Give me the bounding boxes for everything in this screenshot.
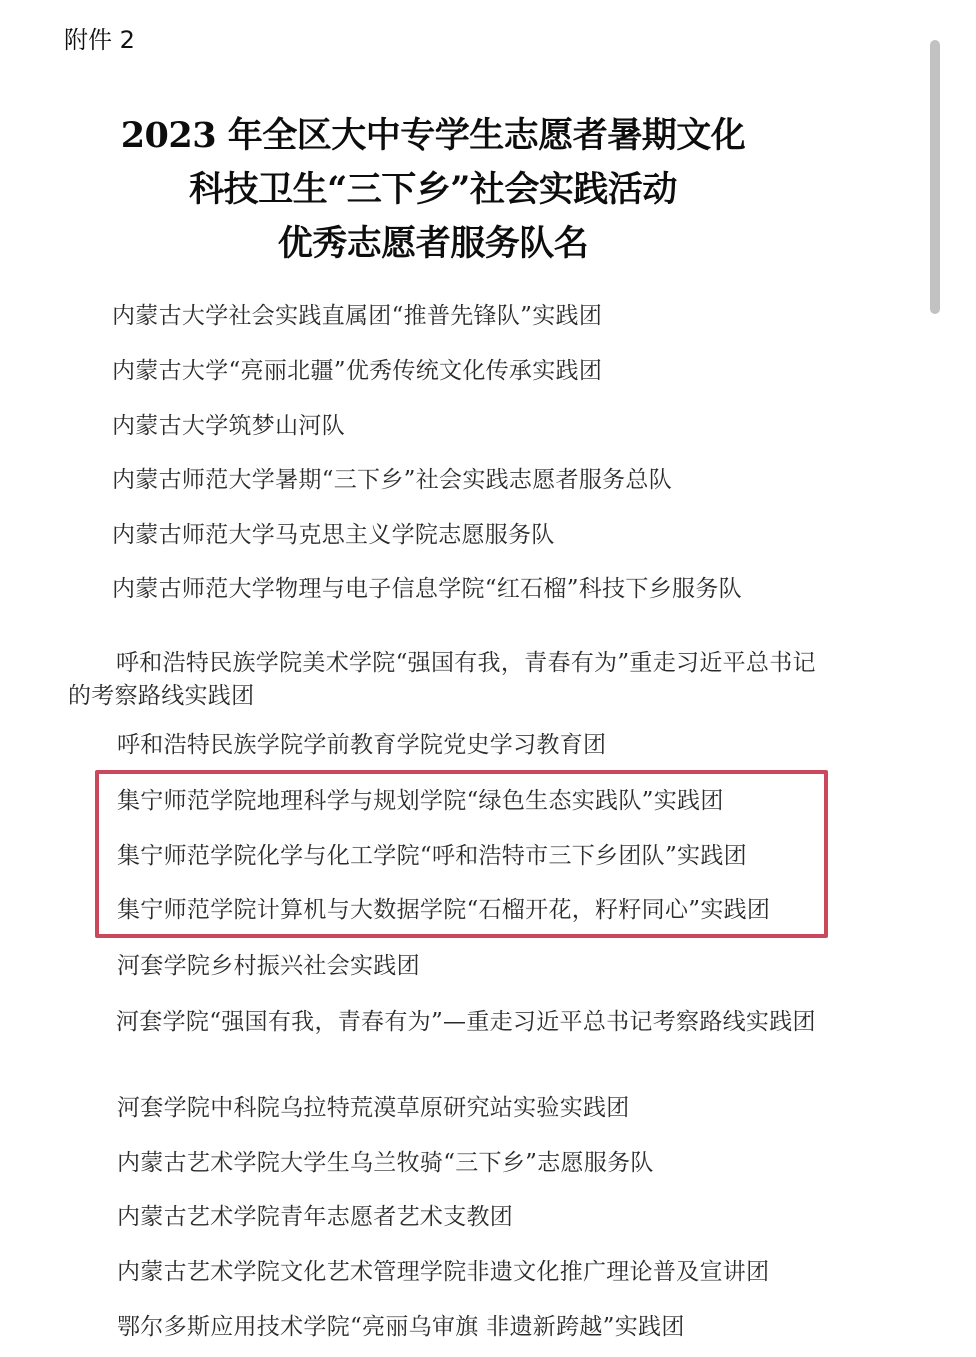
team-item: 内蒙古艺术学院大学生乌兰牧骑“三下乡”志愿服务队 — [117, 1152, 654, 1175]
team-item: 内蒙古师范大学物理与电子信息学院“红石榴”科技下乡服务队 — [112, 578, 742, 601]
team-item: 呼和浩特民族学院美术学院“强国有我，青春有为”重走习近平总书记的考察路线实践团 — [68, 647, 828, 713]
attachment-label: 附件 2 — [64, 20, 135, 55]
team-item-highlighted: 集宁师范学院计算机与大数据学院“石榴开花，籽籽同心”实践团 — [117, 899, 770, 922]
team-item: 河套学院中科院乌拉特荒漠草原研究站实验实践团 — [117, 1097, 630, 1120]
team-item: 河套学院“强国有我，青春有为”—重走习近平总书记考察路线实践团 — [68, 1006, 828, 1039]
team-item: 内蒙古大学“亮丽北疆”优秀传统文化传承实践团 — [112, 360, 602, 383]
team-item: 内蒙古大学社会实践直属团“推普先锋队”实践团 — [112, 305, 602, 328]
team-item-highlighted: 集宁师范学院化学与化工学院“呼和浩特市三下乡团队”实践团 — [117, 845, 747, 868]
team-item: 内蒙古师范大学暑期“三下乡”社会实践志愿者服务总队 — [112, 469, 672, 492]
document-title-line-1: 2023 年全区大中专学生志愿者暑期文化 — [0, 118, 866, 153]
team-item: 河套学院乡村振兴社会实践团 — [117, 955, 420, 978]
team-item: 呼和浩特民族学院学前教育学院党史学习教育团 — [117, 734, 606, 757]
team-item: 内蒙古艺术学院青年志愿者艺术支教团 — [117, 1206, 513, 1229]
team-item: 内蒙古艺术学院文化艺术管理学院非遗文化推广理论普及宣讲团 — [117, 1261, 769, 1284]
team-item: 内蒙古大学筑梦山河队 — [112, 415, 345, 438]
team-item: 内蒙古师范大学马克思主义学院志愿服务队 — [112, 524, 555, 547]
team-item: 鄂尔多斯应用技术学院“亮丽乌审旗 非遗新跨越”实践团 — [117, 1316, 685, 1339]
vertical-scrollbar[interactable] — [930, 40, 940, 314]
team-item-highlighted: 集宁师范学院地理科学与规划学院“绿色生态实践队”实践团 — [117, 790, 724, 813]
document-title-line-2: 科技卫生“三下乡”社会实践活动 — [0, 172, 866, 207]
document-title-line-3: 优秀志愿者服务队名 — [0, 226, 866, 261]
